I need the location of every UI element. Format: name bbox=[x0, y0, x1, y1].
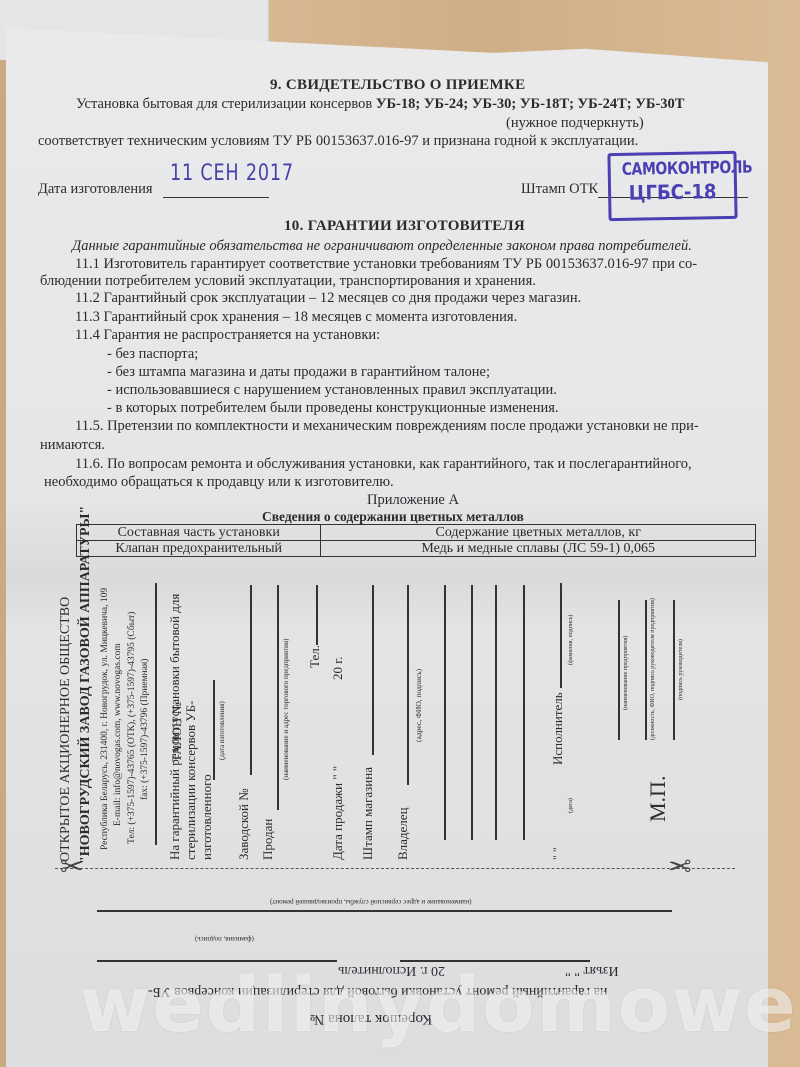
executor-label: Исполнитель bbox=[550, 692, 566, 765]
sale-date-label: Дата продажи " " bbox=[330, 766, 346, 860]
hint-owner: (адрес, ФИО, подпись) bbox=[414, 669, 423, 742]
exclusion-item: - без паспорта; bbox=[107, 346, 198, 363]
company-web: E-mail: info@novogas.com, www.novogas.co… bbox=[113, 643, 123, 826]
scissors-icon: ✂ bbox=[60, 850, 83, 883]
hint-head-sign: (подпись руководителя) bbox=[678, 639, 684, 700]
stub-hint-service: (наименование и адрес сервисной службы, … bbox=[270, 898, 472, 906]
p11-6a: 11.6. По вопросам ремонта и обслуживания… bbox=[75, 456, 692, 473]
coupon-divider bbox=[155, 583, 157, 845]
seal-label: М.П. bbox=[645, 776, 671, 822]
serial-label: Заводской № bbox=[236, 788, 252, 860]
blank-line bbox=[444, 585, 446, 840]
p11-5b: нимаются. bbox=[40, 437, 105, 454]
shop-stamp-line bbox=[372, 585, 374, 755]
section9-title: 9. СВИДЕТЕЛЬСТВО О ПРИЕМКЕ bbox=[270, 77, 525, 94]
exclusion-item: - в которых потребителем были проведены … bbox=[107, 400, 559, 417]
tel-label: Тел. bbox=[307, 645, 323, 668]
blank-line bbox=[523, 585, 525, 840]
appendix-label: Приложение А bbox=[367, 492, 459, 509]
seller-line bbox=[277, 585, 279, 810]
exclusion-item: - без штампа магазина и даты продажи в г… bbox=[107, 364, 490, 381]
company-address: Республика Беларусь, 231400, г. Новогруд… bbox=[100, 588, 110, 850]
company-line1: ОТКРЫТОЕ АКЦИОНЕРНОЕ ОБЩЕСТВО bbox=[58, 597, 74, 862]
otk-stamp: САМОКОНТРОЛЬ ЦГБС-18 bbox=[607, 151, 737, 221]
p11-3: 11.3 Гарантийный срок хранения – 18 меся… bbox=[75, 309, 517, 326]
cut-line bbox=[55, 868, 735, 869]
sold-label: Продан bbox=[260, 819, 276, 860]
hint-seller: (наименование и адрес торгового предприя… bbox=[282, 639, 290, 780]
owner-label: Владелец bbox=[395, 807, 411, 860]
manufacture-date-stamp: 11 СЕН 2017 bbox=[170, 161, 294, 186]
serial-line bbox=[250, 585, 252, 775]
head-sign-line bbox=[673, 600, 675, 740]
section9-line1: Установка бытовая для стерилизации консе… bbox=[76, 96, 684, 113]
table-cell: Клапан предохранительный bbox=[77, 541, 321, 557]
hint-name-sign: (фамилия, подпись) bbox=[568, 615, 574, 665]
company-line2: "НОВОГРУДСКИЙ ЗАВОД ГАЗОВОЙ АППАРАТУРЫ" bbox=[78, 506, 94, 864]
table-header: Составная часть установки bbox=[77, 525, 321, 541]
manufacture-date-line bbox=[163, 197, 269, 198]
executor-prefix: " " bbox=[550, 847, 565, 860]
sale-year-label: 20 г. bbox=[330, 657, 346, 680]
table-header: Содержание цветных металлов, кг bbox=[321, 525, 756, 541]
talon-desc1: На гарантийный ремонт установки бытовой … bbox=[167, 594, 183, 860]
stub-service-line bbox=[97, 910, 672, 912]
talon-desc2: стерилизации консервов УБ- bbox=[183, 701, 199, 860]
owner-line bbox=[407, 585, 409, 785]
company-fax: fax: (+375-1597)-43796 (Приемная) bbox=[140, 659, 150, 800]
metals-table: Составная часть установки Содержание цве… bbox=[76, 524, 756, 557]
scissors-icon: ✂ bbox=[668, 850, 691, 883]
blank-line bbox=[471, 585, 473, 840]
stub-hint-name-sign: (фамилия, подпись) bbox=[195, 935, 254, 943]
section10-intro: Данные гарантийные обязательства не огра… bbox=[72, 238, 692, 255]
executor-line bbox=[560, 583, 562, 688]
p11-1a: 11.1 Изготовитель гарантирует соответств… bbox=[75, 256, 697, 273]
hint-date: (дата изготовления) bbox=[218, 701, 226, 760]
model-list: УБ-18; УБ-24; УБ-30; УБ-18Т; УБ-24Т; УБ-… bbox=[376, 96, 685, 112]
hint-date-short: (дата) bbox=[568, 798, 574, 813]
p11-5a: 11.5. Претензии по комплектности и механ… bbox=[75, 418, 699, 435]
blank-line bbox=[495, 585, 497, 840]
exclusion-item: - использовавшиеся с нарушением установл… bbox=[107, 382, 557, 399]
section9-line1-text: Установка бытовая для стерилизации консе… bbox=[76, 96, 376, 112]
company-tel: Тел: (+375-1597)-43765 (ОТК), (+375-1597… bbox=[127, 612, 137, 844]
watermark: wedlinydomowe.pl bbox=[80, 960, 800, 1049]
p11-4: 11.4 Гарантия не распространяется на уст… bbox=[75, 327, 380, 344]
tel-line bbox=[316, 585, 318, 645]
head-line bbox=[645, 600, 647, 740]
section9-note: (нужное подчеркнуть) bbox=[506, 115, 644, 132]
hint-head: (должность, ФИО, подпись руководителя пр… bbox=[650, 598, 656, 740]
section10-title: 10. ГАРАНТИИ ИЗГОТОВИТЕЛЯ bbox=[284, 218, 525, 235]
stamp-line2: ЦГБС-18 bbox=[617, 179, 728, 205]
section9-line2: соответствует техническим условиям ТУ РБ… bbox=[38, 133, 638, 150]
table-row: Клапан предохранительный Медь и медные с… bbox=[77, 541, 756, 557]
table-cell: Медь и медные сплавы (ЛС 59-1) 0,065 bbox=[321, 541, 756, 557]
date-made-line bbox=[213, 680, 215, 780]
manufacture-date-label: Дата изготовления bbox=[38, 181, 153, 198]
table-header-row: Составная часть установки Содержание цве… bbox=[77, 525, 756, 541]
appendix-title: Сведения о содержании цветных металлов bbox=[262, 509, 524, 525]
p11-1b: блюдении потребителем условий эксплуатац… bbox=[40, 273, 536, 290]
talon-desc3: изготовленного bbox=[199, 774, 215, 860]
shop-stamp-label: Штамп магазина bbox=[360, 767, 376, 860]
p11-6b: необходимо обращаться к продавцу или к и… bbox=[44, 474, 394, 491]
stamp-line1: САМОКОНТРОЛЬ bbox=[622, 157, 723, 181]
p11-2: 11.2 Гарантийный срок эксплуатации – 12 … bbox=[75, 290, 581, 307]
org-line bbox=[618, 600, 620, 740]
hint-org: (наименование предприятия) bbox=[623, 636, 629, 710]
otk-stamp-label: Штамп ОТК bbox=[521, 181, 598, 198]
